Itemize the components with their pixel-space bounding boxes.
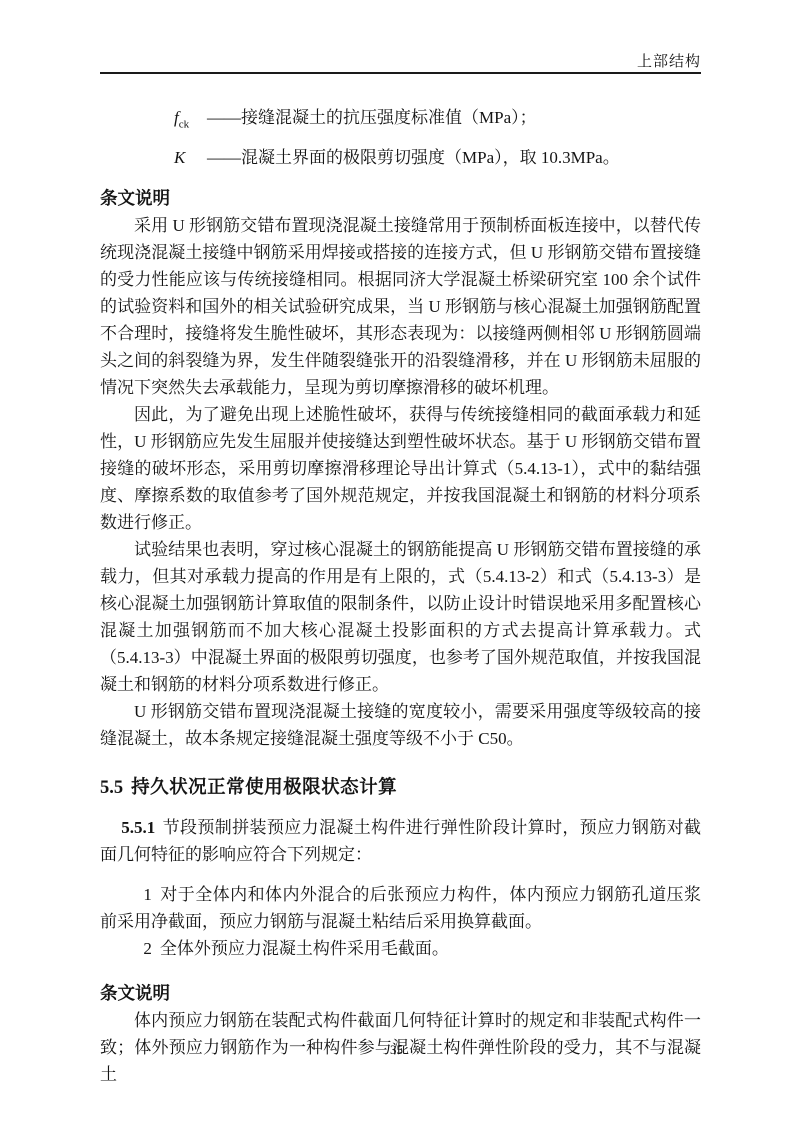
section-number: 5.5 xyxy=(100,778,123,798)
section-title: 持久状况正常使用极限状态计算 xyxy=(131,776,397,797)
clause-item-2-number: 2 xyxy=(143,939,152,958)
clause-item-2-text: 全体外预应力混凝土构件采用毛截面。 xyxy=(160,939,449,958)
clause-item-1-number: 1 xyxy=(143,885,152,904)
commentary-paragraph-4: U 形钢筋交错布置现浇混凝土接缝的宽度较小，需要采用强度等级较高的接缝混凝土，故… xyxy=(100,698,701,752)
commentary-heading-2: 条文说明 xyxy=(100,981,701,1005)
page-number: 35 xyxy=(390,1042,403,1057)
definition-k: K——混凝土界面的极限剪切强度（MPa），取 10.3MPa。 xyxy=(174,141,701,174)
symbol-fck-subscript: ck xyxy=(179,118,189,130)
definition-fck-text: ——接缝混凝土的抗压强度标准值（MPa）； xyxy=(207,108,537,127)
symbol-definitions: fck——接缝混凝土的抗压强度标准值（MPa）； K——混凝土界面的极限剪切强度… xyxy=(100,101,701,174)
running-header-title: 上部结构 xyxy=(637,54,701,70)
clause-item-1: 1对于全体内和体内外混合的后张预应力构件，体内预应力钢筋孔道压浆前采用净截面，预… xyxy=(100,881,701,935)
commentary-paragraph-3: 试验结果也表明，穿过核心混凝土的钢筋能提高 U 形钢筋交错布置接缝的承载力，但其… xyxy=(100,536,701,698)
document-page: 上部结构 fck——接缝混凝土的抗压强度标准值（MPa）； K——混凝土界面的极… xyxy=(0,0,793,1122)
clause-item-1-text: 对于全体内和体内外混合的后张预应力构件，体内预应力钢筋孔道压浆前采用净截面，预应… xyxy=(100,885,701,931)
symbol-k-letter: K xyxy=(174,148,185,167)
section-5-5-heading: 5.5持久状况正常使用极限状态计算 xyxy=(100,775,701,800)
clause-text: 节段预制拼装预应力混凝土构件进行弹性阶段计算时，预应力钢筋对截面几何特征的影响应… xyxy=(100,818,701,864)
clause-5-5-1: 5.5.1节段预制拼装预应力混凝土构件进行弹性阶段计算时，预应力钢筋对截面几何特… xyxy=(100,814,701,868)
page-footer: 35 xyxy=(0,1041,793,1059)
symbol-k: K xyxy=(174,141,207,174)
definition-k-text: ——混凝土界面的极限剪切强度（MPa），取 10.3MPa。 xyxy=(207,148,620,167)
commentary-paragraph-1: 采用 U 形钢筋交错布置现浇混凝土接缝常用于预制桥面板连接中，以替代传统现浇混凝… xyxy=(100,212,701,401)
clause-number: 5.5.1 xyxy=(121,818,155,837)
definition-fck: fck——接缝混凝土的抗压强度标准值（MPa）； xyxy=(174,101,701,141)
commentary-paragraph-2: 因此，为了避免出现上述脆性破坏，获得与传统接缝相同的截面承载力和延性，U 形钢筋… xyxy=(100,401,701,536)
page-header: 上部结构 xyxy=(100,0,701,74)
page-content: 上部结构 fck——接缝混凝土的抗压强度标准值（MPa）； K——混凝土界面的极… xyxy=(100,0,701,1088)
symbol-fck: fck xyxy=(174,101,207,141)
clause-item-2: 2全体外预应力混凝土构件采用毛截面。 xyxy=(100,935,701,962)
commentary-heading-1: 条文说明 xyxy=(100,186,701,210)
